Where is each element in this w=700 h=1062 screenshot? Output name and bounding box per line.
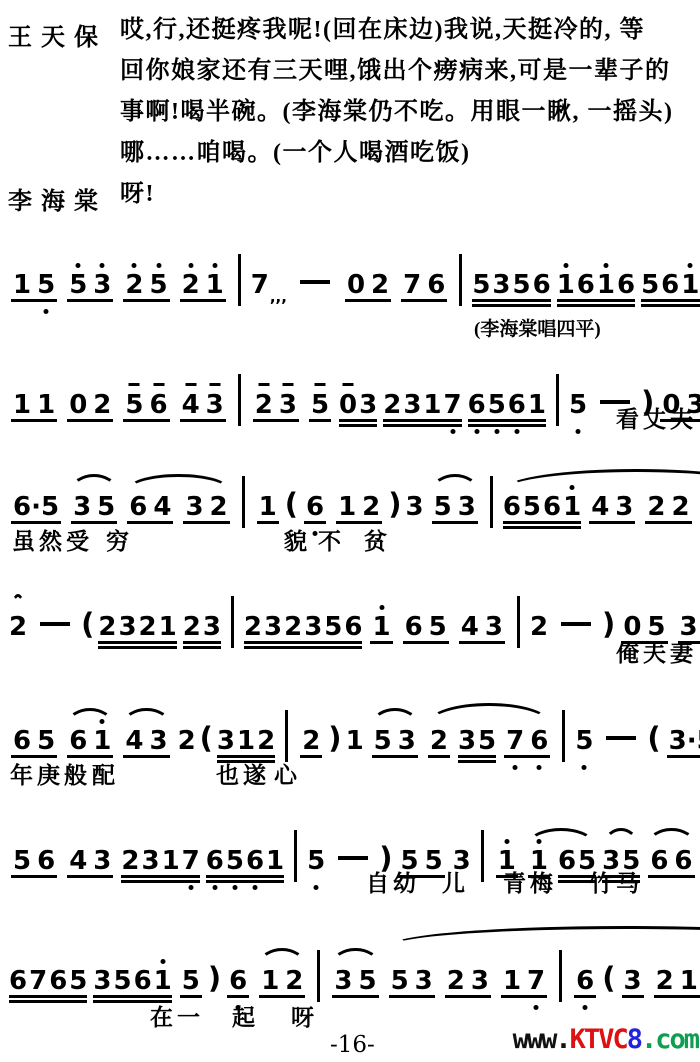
note-digit: 6	[9, 966, 27, 996]
page-number: -16-	[330, 1032, 375, 1058]
note: 3	[146, 727, 170, 755]
dash-note	[338, 856, 368, 860]
note: 2	[122, 271, 146, 299]
lyrics-row: 看丈夫	[6, 404, 700, 434]
parenthesis: )	[602, 607, 615, 641]
note: 7	[28, 967, 48, 995]
note-digit: 6	[49, 966, 67, 996]
note-digit: 7	[527, 966, 545, 996]
music-system: 6·53564321(612)35365614322153虽然受穷貌不贫	[6, 452, 700, 556]
parenthesis: )	[208, 961, 221, 995]
beam-group: 35	[331, 967, 379, 995]
note-digit: 5	[182, 966, 200, 996]
note-digit: 2	[125, 270, 143, 300]
barline	[242, 476, 245, 528]
note-digit: 3	[93, 270, 111, 300]
note-digit: 6	[577, 270, 595, 300]
note-digit: 6·5	[13, 492, 59, 522]
watermark-segment: .com	[641, 1024, 698, 1055]
note: 3	[395, 727, 419, 755]
dash-above-icon	[314, 383, 325, 386]
note-digit: 7	[403, 270, 421, 300]
note: 3	[202, 613, 222, 641]
note: 1	[562, 493, 582, 521]
note-digit: 2	[656, 966, 674, 996]
dot-above-icon	[688, 263, 693, 268]
sheet-music-page: 王天保哎,行,还挺疼我呢!(回在床边)我说,天挺冷的, 等回你娘家还有三天哩,饿…	[0, 0, 700, 1062]
dot-above-icon	[160, 959, 165, 964]
speaker-name: 李海棠	[8, 181, 107, 216]
note: 6	[226, 967, 250, 995]
note-digit: 2	[285, 966, 303, 996]
note-digit: 7	[29, 966, 47, 996]
note: 6	[126, 493, 150, 521]
note: 3	[612, 493, 636, 521]
note: 7	[524, 967, 548, 995]
note-digit: 1	[338, 492, 356, 522]
note: 3	[491, 271, 511, 299]
singer-annotation: (李海棠唱四平)	[474, 314, 601, 341]
dot-above-icon	[379, 605, 384, 610]
note: 2	[653, 967, 677, 995]
beam-group: 23	[182, 613, 222, 641]
lyric: 心	[274, 757, 301, 790]
note: 1	[500, 967, 524, 995]
dialogue-line: 呀!	[120, 174, 698, 215]
beam-group: 12	[258, 967, 306, 995]
note-digit: 3	[185, 492, 203, 522]
note: 5	[471, 271, 491, 299]
note-digit: 5	[69, 270, 87, 300]
beam-group: 65	[10, 727, 58, 755]
note: 6	[8, 967, 28, 995]
note-digit: 3	[492, 270, 510, 300]
note: 5	[388, 967, 412, 995]
note-digit: 1	[206, 270, 224, 300]
lyric: 呀	[291, 999, 318, 1032]
lyrics-row: 自幼儿青梅竹马	[6, 868, 700, 898]
note: 2	[444, 967, 468, 995]
dialogue-line: 回你娘家还有三天哩,饿出个痨病来,可是一辈子的	[120, 51, 698, 92]
slur-arc: 35	[66, 493, 122, 521]
note-digit: 1	[681, 270, 699, 300]
note: 6	[502, 493, 522, 521]
speaker-name: 王天保	[8, 17, 107, 52]
note-digit: 6	[543, 492, 561, 522]
note-digit: 2	[178, 726, 196, 756]
note-digit: 5	[575, 726, 593, 756]
note: 1	[153, 967, 173, 995]
beam-group: 3561	[92, 967, 172, 995]
note-digit: 3	[624, 966, 642, 996]
lyric: 配	[92, 757, 119, 790]
slur-arc: 65614322153	[500, 493, 700, 521]
watermark-segment: KTVC	[570, 1024, 627, 1055]
note-digit: 2	[371, 270, 389, 300]
beam-group: 6	[573, 967, 597, 995]
note: 6	[10, 727, 34, 755]
beam-group: 53	[371, 727, 419, 755]
note-digit: 1	[261, 966, 279, 996]
beam-group: 35	[457, 727, 497, 755]
beam-group: 232356	[243, 613, 364, 641]
note-digit: 5	[523, 492, 541, 522]
lyric: 穷	[106, 523, 133, 556]
dot-above-icon	[132, 263, 137, 268]
note: 1	[90, 727, 114, 755]
note-digit: 5	[478, 726, 496, 756]
note: 1	[680, 271, 700, 299]
note: 6	[532, 271, 552, 299]
beam-group: 76	[503, 727, 551, 755]
note-digit: 2	[447, 966, 465, 996]
beam-group: 2	[299, 727, 323, 755]
note: 3	[263, 613, 283, 641]
note-digit: 4	[125, 726, 143, 756]
beam-group: 23	[444, 967, 492, 995]
note: 2	[283, 613, 303, 641]
note: 6	[133, 967, 153, 995]
note: 5	[431, 493, 455, 521]
beam-group: 43	[122, 727, 170, 755]
beam-group: 5356	[471, 271, 551, 299]
note: 6	[402, 613, 426, 641]
note-digit: 5	[37, 726, 55, 756]
beam-group: 6561	[502, 493, 582, 521]
dash-above-icon	[153, 383, 164, 386]
tremolo-mark: ,,,	[270, 288, 287, 306]
beam-group: 15	[10, 271, 58, 299]
note-digit: 3	[334, 966, 352, 996]
beam-group: 6·5	[10, 493, 62, 521]
music-system: 6561432(3122)153235765(3·561年庚般配也遂心	[6, 686, 700, 790]
barline	[317, 950, 320, 1002]
note: 2	[427, 727, 451, 755]
beam-group: 2321	[97, 613, 177, 641]
note-digit: 3	[93, 966, 111, 996]
lyrics-row: 年庚般配也遂心	[6, 760, 700, 790]
note: 6	[660, 271, 680, 299]
note: 3	[457, 727, 477, 755]
note: 5	[572, 727, 596, 755]
lyric: 起	[232, 999, 259, 1032]
beam-group: 6	[303, 493, 327, 521]
watermark-segment: www.	[513, 1024, 570, 1055]
dialogue-entry: 王天保哎,行,还挺疼我呢!(回在床边)我说,天挺冷的, 等回你娘家还有三天哩,饿…	[8, 10, 698, 174]
music-system: 5643231765615)553116535665(27自幼儿青梅竹马	[6, 806, 700, 898]
note: 5	[371, 727, 395, 755]
note-digit: 1	[93, 726, 111, 756]
beam-group: 1616	[556, 271, 636, 299]
dash-above-icon	[258, 383, 269, 386]
note-digit: 1	[503, 966, 521, 996]
lyric: 看丈夫	[616, 401, 697, 434]
note-digit: 3	[415, 966, 433, 996]
note: 2	[256, 727, 276, 755]
beam-group: 3	[621, 967, 645, 995]
beam-group: 25	[122, 271, 170, 299]
note: 5	[94, 493, 118, 521]
notes-row: 676535615)612355323176(321)7276567	[6, 926, 700, 1002]
barline	[459, 254, 462, 306]
note-digit: 6	[503, 492, 521, 522]
dialogue-line: 哪……咱喝。(一个人喝酒吃饭)	[120, 133, 698, 174]
note: 2	[368, 271, 392, 299]
dot-above-icon	[536, 839, 541, 844]
beam-group: 35	[70, 493, 118, 521]
lyric: 虽然受	[12, 523, 93, 556]
note: 6	[303, 493, 327, 521]
note: 3	[92, 967, 112, 995]
note-digit: 3	[615, 492, 633, 522]
note-digit: 2	[302, 726, 320, 756]
dot-above-icon	[156, 263, 161, 268]
note: 1	[10, 271, 34, 299]
note-digit: 3	[458, 726, 476, 756]
lyric: 不	[318, 523, 345, 556]
note-digit: 6	[306, 492, 324, 522]
note-digit: 5	[97, 492, 115, 522]
note: 3	[303, 613, 323, 641]
note-digit: 7	[251, 270, 269, 300]
note-digit: 5	[113, 966, 131, 996]
beam-group: 53	[431, 493, 479, 521]
note: 6	[424, 271, 448, 299]
note-digit: 5	[69, 966, 87, 996]
slur-arc: 61	[62, 727, 118, 755]
beam-group: 1	[256, 493, 280, 521]
beam-group: 53	[388, 967, 436, 995]
note: 3	[455, 493, 479, 521]
dot-above-icon	[504, 839, 509, 844]
note: 2	[359, 493, 383, 521]
note-digit: 5	[37, 270, 55, 300]
notes-row: 6·53564321(612)35365614322153	[6, 452, 700, 528]
beam-group: 6	[226, 967, 250, 995]
note-digit: 5	[434, 492, 452, 522]
note: 7,,,	[248, 271, 290, 311]
lyric: 在一	[150, 999, 204, 1032]
note: 6	[616, 271, 636, 299]
note-digit: 5	[374, 726, 392, 756]
lyric: 年庚般	[10, 757, 91, 790]
note: 1	[596, 271, 616, 299]
note-digit: 6	[533, 270, 551, 300]
lyric: 竹马	[589, 865, 643, 898]
slur-arc: 53	[367, 727, 423, 755]
note: 1	[236, 727, 256, 755]
note-digit: 6	[134, 966, 152, 996]
note: 2	[207, 493, 231, 521]
watermark-segment: 8	[627, 1024, 641, 1055]
note: 3	[70, 493, 94, 521]
beam-group: 12	[335, 493, 383, 521]
watermark-url: www.KTVC8.com	[513, 1024, 698, 1055]
note-digit: 3·5	[669, 726, 700, 756]
note-digit: 6	[617, 270, 635, 300]
beam-group: 43	[588, 493, 636, 521]
note: 5	[66, 271, 90, 299]
beam-group: 5	[179, 967, 203, 995]
note: 5	[68, 967, 88, 995]
note-digit: 2	[430, 726, 448, 756]
dialogue-entry: 李海棠呀!	[8, 174, 698, 215]
lyric: 青梅	[503, 865, 557, 898]
note-digit: 2	[647, 492, 665, 522]
note: 3·5	[666, 727, 700, 755]
note-digit: 2	[257, 726, 275, 756]
music-system: 2(232123232356165432)0535俺夫妻	[6, 572, 700, 668]
note-digit: 3	[73, 492, 91, 522]
note: 5	[477, 727, 497, 755]
lyric: 儿	[442, 865, 469, 898]
slur-arc: 12	[254, 967, 310, 995]
dash-above-icon	[185, 383, 196, 386]
dot-above-icon	[100, 263, 105, 268]
note-digit: 1	[259, 492, 277, 522]
beam-group: 61	[66, 727, 114, 755]
note: 2	[182, 613, 202, 641]
note-digit: 1	[154, 966, 172, 996]
note: 1	[256, 493, 280, 521]
note-digit: 0	[347, 270, 365, 300]
note: 5	[640, 271, 660, 299]
note-digit: 1	[557, 270, 575, 300]
barline	[562, 710, 565, 762]
note-digit: 2	[671, 492, 689, 522]
beam-group: 1	[369, 613, 393, 641]
note: 3	[117, 613, 137, 641]
parenthesis: )	[388, 487, 401, 521]
dash-above-icon	[282, 383, 293, 386]
note: 3	[182, 493, 206, 521]
beam-group: 32	[182, 493, 230, 521]
beam-group: 22	[644, 493, 692, 521]
note: 1	[677, 967, 700, 995]
dash-above-icon	[209, 383, 220, 386]
note: 4	[150, 493, 174, 521]
dot-above-icon	[76, 263, 81, 268]
note-digit: 5	[391, 966, 409, 996]
note: 4	[458, 613, 482, 641]
lyrics-row: 虽然受穷貌不贫	[6, 526, 700, 556]
slur-arc: 5323176(321)7276567	[384, 950, 700, 1002]
beam-group: 6765	[8, 967, 88, 995]
beam-group: 21	[179, 271, 227, 299]
note-digit: 3	[149, 726, 167, 756]
note: 2	[282, 967, 306, 995]
slur-arc: 35	[327, 967, 383, 995]
dot-above-icon	[603, 263, 608, 268]
note-digit: 6	[530, 726, 548, 756]
parenthesis: (	[200, 721, 213, 755]
note: 7	[400, 271, 424, 299]
note-digit: 3	[217, 726, 235, 756]
music-system: 1102564323503231765615)0353看丈夫	[6, 350, 700, 434]
slur-arc: 23576	[423, 727, 555, 755]
beam-group: 17	[500, 967, 548, 995]
note: 6·5	[10, 493, 62, 521]
dot-above-icon	[570, 485, 575, 490]
slur-arc: 2	[6, 613, 30, 641]
dash-above-icon	[129, 383, 140, 386]
note-digit: 6	[427, 270, 445, 300]
note-digit: 4	[591, 492, 609, 522]
dialogue-lines: 哎,行,还挺疼我呢!(回在床边)我说,天挺冷的, 等回你娘家还有三天哩,饿出个痨…	[120, 10, 698, 174]
note: 1	[335, 493, 359, 521]
note: 3	[216, 727, 236, 755]
dot-above-icon	[212, 263, 217, 268]
note-digit: 1	[563, 492, 581, 522]
barline	[559, 950, 562, 1002]
beam-group: 21	[653, 967, 700, 995]
note: 6	[343, 613, 363, 641]
beam-group: 02	[344, 271, 392, 299]
note: 5	[355, 967, 379, 995]
note: 1	[556, 271, 576, 299]
note: 3	[482, 613, 506, 641]
note: 2	[668, 493, 692, 521]
note: 5	[112, 967, 132, 995]
slur-arc: 43	[118, 727, 174, 755]
note: 3	[90, 271, 114, 299]
note: 2	[138, 613, 158, 641]
note-digit: 4	[153, 492, 171, 522]
dot-above-icon	[563, 263, 568, 268]
note-digit: 6	[576, 966, 594, 996]
slur-arc: 6432	[122, 493, 234, 521]
beam-group: 2	[427, 727, 451, 755]
dialogue-section: 王天保哎,行,还挺疼我呢!(回在床边)我说,天挺冷的, 等回你娘家还有三天哩,饿…	[8, 10, 698, 215]
dialogue-line: 事啊!喝半碗。(李海棠仍不吃。用眼一瞅, 一摇头)	[120, 92, 698, 133]
note-digit: 1	[346, 726, 364, 756]
beam-group: 65	[402, 613, 450, 641]
note-digit: 5	[513, 270, 531, 300]
notes-row: 6561432(3122)153235765(3·561	[6, 686, 700, 762]
parenthesis: )	[328, 721, 341, 755]
parenthesis: (	[602, 961, 615, 995]
note: 6	[527, 727, 551, 755]
parenthesis: (	[285, 487, 298, 521]
note: 2	[179, 271, 203, 299]
lyric: 也遂	[216, 757, 270, 790]
beam-group: 5612	[640, 271, 700, 299]
note: 6	[542, 493, 562, 521]
note: 2	[644, 493, 668, 521]
dialogue-lines: 呀!	[120, 174, 698, 215]
note: 6	[576, 271, 596, 299]
dash-above-icon	[343, 383, 354, 386]
note: 2	[299, 727, 323, 755]
note-digit: 7	[506, 726, 524, 756]
note-digit: 6	[69, 726, 87, 756]
note: 6	[573, 967, 597, 995]
note: 5	[512, 271, 532, 299]
barline	[285, 710, 288, 762]
note-digit: 3	[458, 492, 476, 522]
note: 5	[34, 271, 58, 299]
note: 5	[522, 493, 542, 521]
music-system: 155325217,,,02765356161656126532(李海棠唱四平)	[6, 230, 700, 348]
note: 2	[97, 613, 117, 641]
note-digit: 3	[406, 492, 424, 522]
note: 4	[588, 493, 612, 521]
lyric: 貌	[284, 523, 311, 556]
note-digit: 5	[358, 966, 376, 996]
note: 5	[34, 727, 58, 755]
note: 0	[344, 271, 368, 299]
note: 6	[48, 967, 68, 995]
